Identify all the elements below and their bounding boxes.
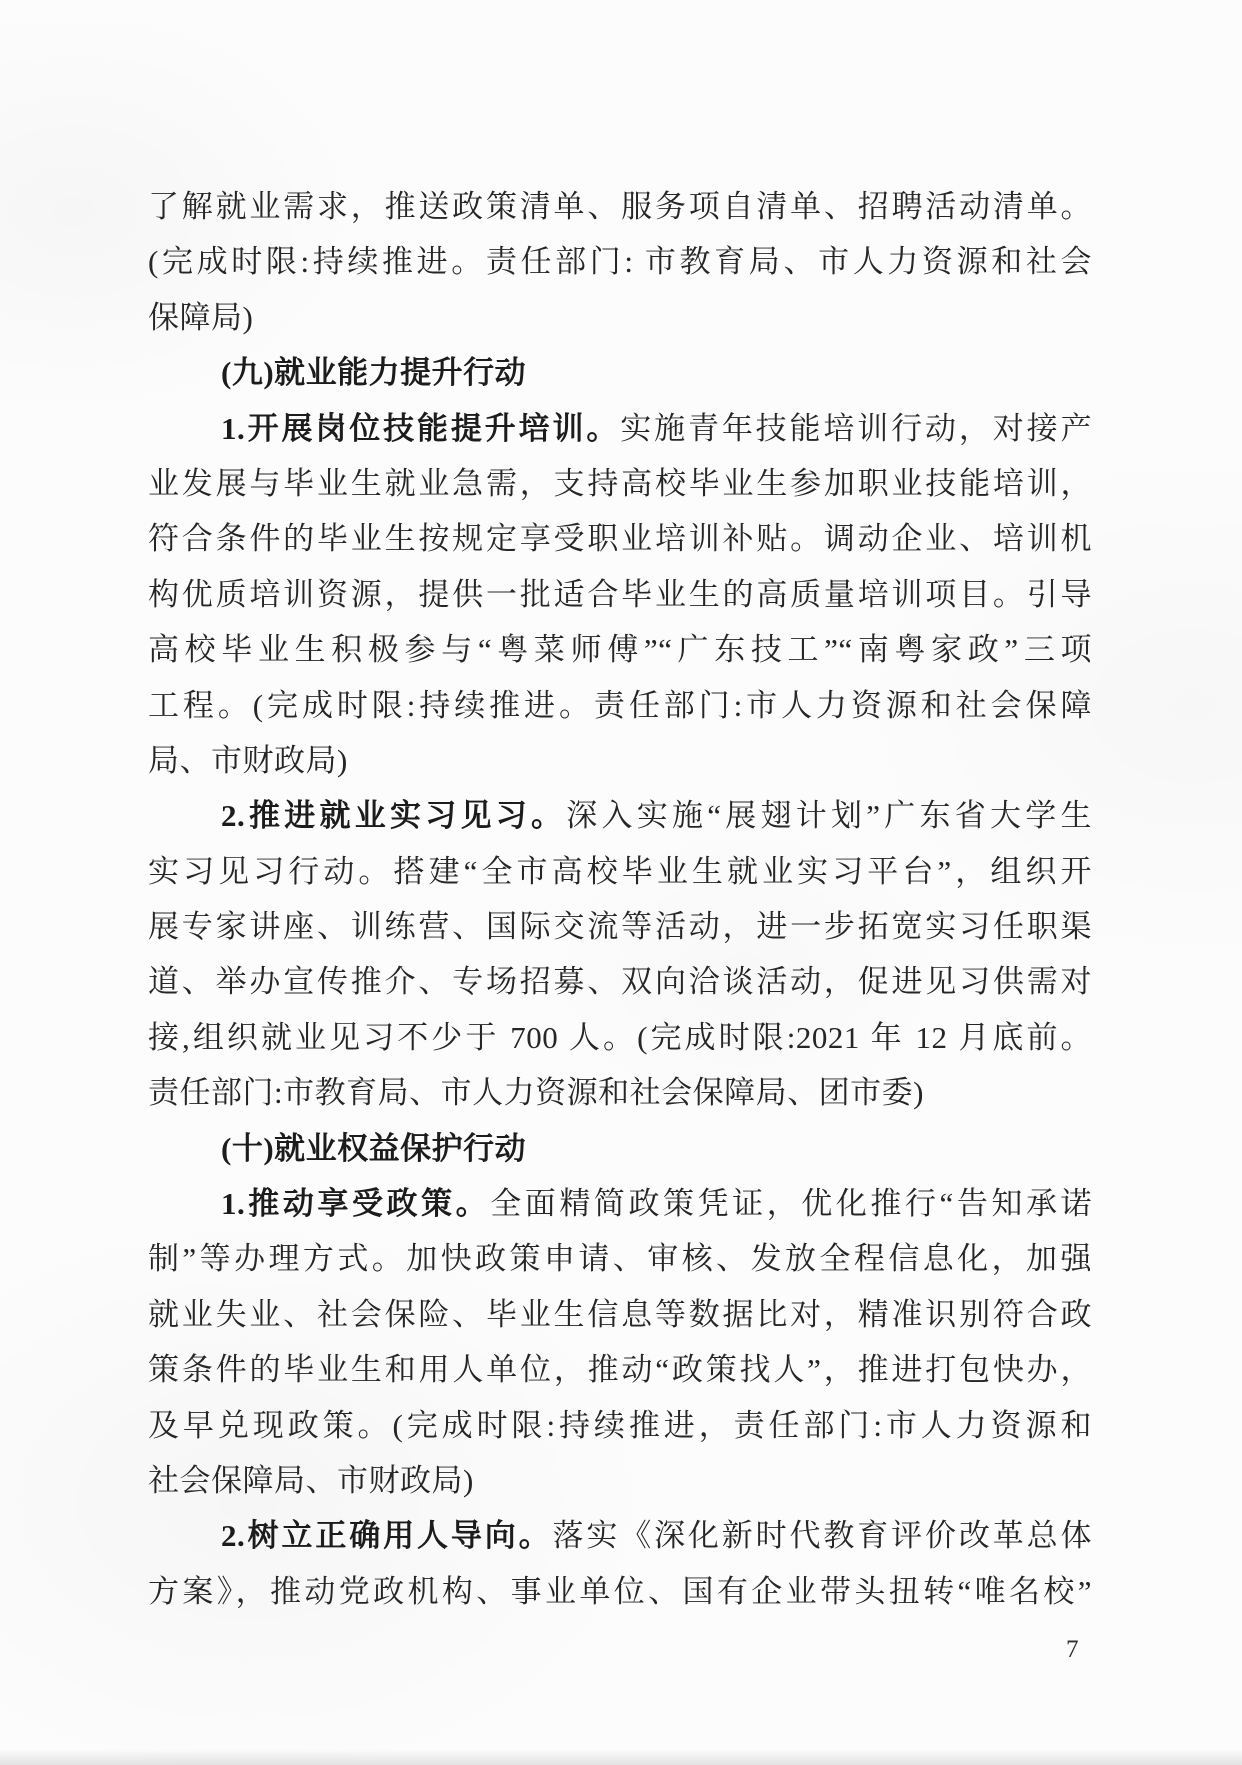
document-text: 了解就业需求，推送政策清单、服务项自清单、招聘活动清单。 (完成时限:持续推进。… <box>148 179 1092 1619</box>
bold-run: (十)就业权益保护行动 <box>221 1131 526 1166</box>
text-line: 1.推动享受政策。全面精简政策凭证，优化推行“告知承诺 <box>148 1176 1092 1231</box>
text-line: 符合条件的毕业生按规定享受职业培训补贴。调动企业、培训机 <box>148 511 1092 566</box>
text-line: 2.树立正确用人导向。落实《深化新时代教育评价改革总体 <box>148 1508 1092 1563</box>
text-line: 保障局) <box>148 290 1092 345</box>
text-run: 落实《深化新时代教育评价改革总体 <box>552 1518 1092 1553</box>
text-run: 业发展与毕业生就业急需，支持高校毕业生参加职业技能培训， <box>148 466 1092 501</box>
document-page: 了解就业需求，推送政策清单、服务项自清单、招聘活动清单。 (完成时限:持续推进。… <box>0 0 1242 1765</box>
text-line: 工程。(完成时限:持续推进。责任部门:市人力资源和社会保障 <box>148 678 1092 733</box>
text-line: 责任部门:市教育局、市人力资源和社会保障局、团市委) <box>148 1065 1092 1120</box>
text-run: 责任部门:市教育局、市人力资源和社会保障局、团市委) <box>148 1075 924 1110</box>
text-run: 构优质培训资源，提供一批适合毕业生的高质量培训项目。引导 <box>148 577 1092 612</box>
text-line: 道、举办宣传推介、专场招募、双向洽谈活动，促进见习供需对 <box>148 954 1092 1009</box>
text-run: 高校毕业生积极参与“粤菜师傅”“广东技工”“南粤家政”三项 <box>148 632 1092 667</box>
text-run: 道、举办宣传推介、专场招募、双向洽谈活动，促进见习供需对 <box>148 964 1092 999</box>
text-line: 业发展与毕业生就业急需，支持高校毕业生参加职业技能培训， <box>148 456 1092 511</box>
bold-run: (九)就业能力提升行动 <box>221 355 526 390</box>
text-line: 实习见习行动。搭建“全市高校毕业生就业实习平台”，组织开 <box>148 844 1092 899</box>
text-run: 方案》，推动党政机构、事业单位、国有企业带头扭转“唯名校” <box>148 1574 1092 1609</box>
text-line: (完成时限:持续推进。责任部门: 市教育局、市人力资源和社会 <box>148 234 1092 289</box>
section-heading: (十)就业权益保护行动 <box>148 1121 1092 1176</box>
bold-run: 1.推动享受政策。 <box>221 1186 490 1221</box>
text-run: 实施青年技能培训行动，对接产 <box>620 411 1092 446</box>
text-run: 保障局) <box>148 300 253 335</box>
text-run: 策条件的毕业生和用人单位，推动“政策找人”，推进打包快办， <box>148 1352 1092 1387</box>
text-run: 全面精简政策凭证，优化推行“告知承诺 <box>490 1186 1092 1221</box>
text-run: 社会保障局、市财政局) <box>148 1463 474 1498</box>
bold-run: 2.树立正确用人导向。 <box>221 1518 552 1553</box>
text-line: 了解就业需求，推送政策清单、服务项自清单、招聘活动清单。 <box>148 179 1092 234</box>
text-run: 符合条件的毕业生按规定享受职业培训补贴。调动企业、培训机 <box>148 521 1092 556</box>
text-run: 展专家讲座、训练营、国际交流等活动，进一步拓宽实习任职渠 <box>148 909 1092 944</box>
text-line: 方案》，推动党政机构、事业单位、国有企业带头扭转“唯名校” <box>148 1564 1092 1619</box>
text-line: 接,组织就业见习不少于 700 人。(完成时限:2021 年 12 月底前。 <box>148 1010 1092 1065</box>
text-line: 社会保障局、市财政局) <box>148 1453 1092 1508</box>
text-line: 展专家讲座、训练营、国际交流等活动，进一步拓宽实习任职渠 <box>148 899 1092 954</box>
bold-run: 1.开展岗位技能提升培训。 <box>221 411 620 446</box>
text-run: 就业失业、社会保险、毕业生信息等数据比对，精准识别符合政 <box>148 1297 1092 1332</box>
text-run: 局、市财政局) <box>148 743 348 778</box>
text-run: 接,组织就业见习不少于 700 人。(完成时限:2021 年 12 月底前。 <box>148 1020 1092 1055</box>
text-line: 高校毕业生积极参与“粤菜师傅”“广东技工”“南粤家政”三项 <box>148 622 1092 677</box>
section-heading: (九)就业能力提升行动 <box>148 345 1092 400</box>
text-line: 局、市财政局) <box>148 733 1092 788</box>
text-run: 实习见习行动。搭建“全市高校毕业生就业实习平台”，组织开 <box>148 854 1092 889</box>
bold-run: 2.推进就业实习见习。 <box>221 798 566 833</box>
text-run: 了解就业需求，推送政策清单、服务项自清单、招聘活动清单。 <box>148 189 1092 224</box>
text-run: 工程。(完成时限:持续推进。责任部门:市人力资源和社会保障 <box>148 688 1092 723</box>
text-run: 及早兑现政策。(完成时限:持续推进，责任部门:市人力资源和 <box>148 1408 1092 1443</box>
text-line: 策条件的毕业生和用人单位，推动“政策找人”，推进打包快办， <box>148 1342 1092 1397</box>
text-line: 及早兑现政策。(完成时限:持续推进，责任部门:市人力资源和 <box>148 1398 1092 1453</box>
text-line: 制”等办理方式。加快政策申请、审核、发放全程信息化，加强 <box>148 1231 1092 1286</box>
text-line: 1.开展岗位技能提升培训。实施青年技能培训行动，对接产 <box>148 401 1092 456</box>
page-number: 7 <box>1066 1636 1079 1664</box>
text-line: 就业失业、社会保险、毕业生信息等数据比对，精准识别符合政 <box>148 1287 1092 1342</box>
text-line: 2.推进就业实习见习。深入实施“展翅计划”广东省大学生 <box>148 788 1092 843</box>
text-line: 构优质培训资源，提供一批适合毕业生的高质量培训项目。引导 <box>148 567 1092 622</box>
scan-edge-shadow <box>0 1749 1242 1765</box>
text-run: (完成时限:持续推进。责任部门: 市教育局、市人力资源和社会 <box>148 244 1092 279</box>
text-run: 制”等办理方式。加快政策申请、审核、发放全程信息化，加强 <box>148 1241 1092 1276</box>
text-run: 深入实施“展翅计划”广东省大学生 <box>566 798 1092 833</box>
